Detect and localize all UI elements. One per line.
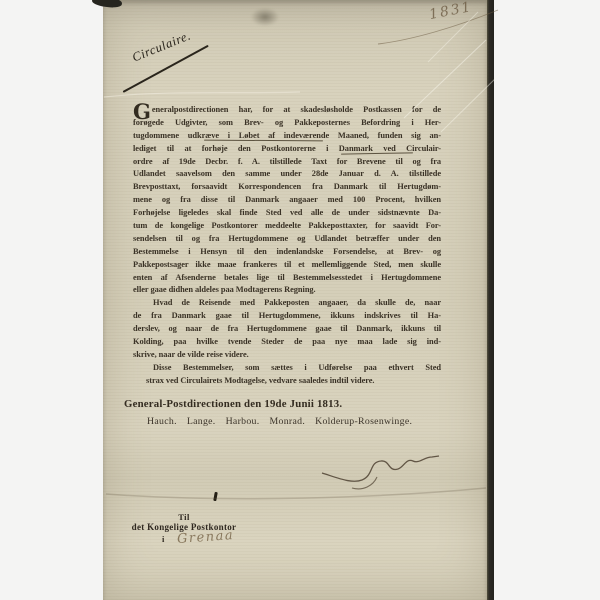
address-block: Til det Kongelige Postkontor i Grenaa xyxy=(118,512,250,545)
paper-right-edge-shadow xyxy=(487,0,494,600)
address-prefix: i xyxy=(162,533,164,545)
body-line: ordre af 19de Decbr. f. A. tilstillede T… xyxy=(133,156,441,169)
dateline: General-Postdirectionen den 19de Junii 1… xyxy=(124,398,342,410)
body-line: Udlandet saavelsom den samme under 28de … xyxy=(133,168,441,181)
signature-name: Harbou. xyxy=(226,416,260,427)
body-line: Bestemmelse i Hensyn til den indenlandsk… xyxy=(133,246,441,259)
body-line: strax ved Circulairets Modtagelse, vedva… xyxy=(133,375,441,388)
body-line: de fra Danmark gaae til Hertugdommene, i… xyxy=(133,310,441,323)
body-line: Forhøjelse ligeledes skal finde Sted ved… xyxy=(133,207,441,220)
body-line: derslev, og naar de fra Hertugdommene ga… xyxy=(133,323,441,336)
handwritten-place: Grenaa xyxy=(177,528,235,547)
body-line: Brevposttaxt, forsaavidt Korrespondencen… xyxy=(133,181,441,194)
signature-name: Monrad. xyxy=(270,416,306,427)
body-line: eller gaae didhen aldeles paa Modtageren… xyxy=(133,284,441,297)
signature-name: Hauch. xyxy=(147,416,177,427)
body-line: forøgede Udgivter, som Brev- og Pakkepos… xyxy=(133,117,441,130)
signature-name: Lange. xyxy=(187,416,216,427)
address-to: Til xyxy=(118,512,250,522)
photo-background: 1831 Circulaire. Generalpostdirectionen … xyxy=(0,0,600,600)
address-place-line: i Grenaa xyxy=(118,533,250,545)
body-line: enten af Afsenderne betales lige til Bes… xyxy=(133,272,441,285)
ink-smudge xyxy=(251,8,279,26)
body-line: skrive, naar de vilde reise videre. xyxy=(133,349,441,362)
body-text: Generalpostdirectionen har, for at skade… xyxy=(133,104,441,388)
body-line: sendelsen til og fra Hertugdommene og Ud… xyxy=(133,233,441,246)
body-line: mene og fra disse til Danmark angaaer me… xyxy=(133,194,441,207)
body-line: tum de kongelige Postkontorer meddeelte … xyxy=(133,220,441,233)
signature-name: Kolderup-Rosenwinge. xyxy=(315,416,412,427)
body-line: Hvad de Reisende med Pakkeposten angaaer… xyxy=(133,297,441,310)
body-line: Pakkepostsager ikke maae frankeres til e… xyxy=(133,259,441,272)
body-line: Generalpostdirectionen har, for at skade… xyxy=(133,104,441,117)
body-line: Kolding, paa hvilke tvende Steder de paa… xyxy=(133,336,441,349)
printed-signatures: Hauch.Lange.Harbou.Monrad.Kolderup-Rosen… xyxy=(147,416,412,427)
body-line: Disse Bestemmelser, som sættes i Udførel… xyxy=(133,362,441,375)
